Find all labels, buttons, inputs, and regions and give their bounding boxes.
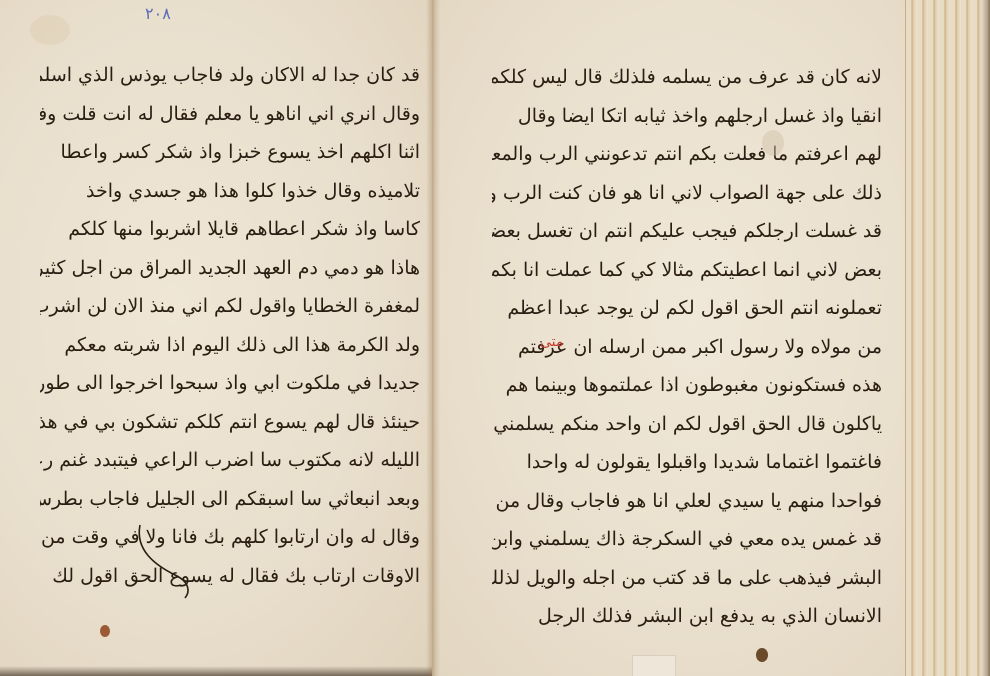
text-line: حينئذ قال لهم يسوع انتم كلكم تشكون بي في… — [40, 403, 420, 442]
text-line: الاوقات ارتاب بك فقال له يسوع الحق اقول … — [40, 557, 420, 596]
text-line: كاسا واذ شكر اعطاهم قايلا اشربوا منها كل… — [40, 210, 420, 249]
spine-gutter — [426, 0, 440, 676]
insect-mark — [756, 648, 768, 662]
page-edges-stack — [905, 0, 990, 676]
text-line: هاذا هو دمي دم العهد الجديد المراق من اج… — [40, 249, 420, 288]
text-line: هذه فستكونون مغبوطون اذا عملتموها وبينما… — [492, 366, 882, 405]
text-line: جديدا في ملكوت ابي واذ سبحوا اخرجوا الى … — [40, 364, 420, 403]
text-line: ذلك على جهة الصواب لاني انا هو فان كنت ا… — [492, 174, 882, 213]
left-page: ٢٠٨ قد كان جدا له الاكان ولد فاجاب يوذس … — [0, 0, 432, 676]
text-line: فاغتموا اغتماما شديدا واقبلوا يقولون له … — [492, 443, 882, 482]
text-line: لمغفرة الخطايا واقول لكم اني منذ الان لن… — [40, 287, 420, 326]
paper-stain — [100, 625, 110, 637]
text-line: انقيا واذ غسل ارجلهم واخذ ثيابه اتكا ايض… — [492, 97, 882, 136]
page-bottom-edge — [0, 666, 432, 676]
manuscript-spread: ٢٠٨ قد كان جدا له الاكان ولد فاجاب يوذس … — [0, 0, 990, 676]
text-line: وقال له وان ارتابوا كلهم بك فانا ولا في … — [40, 518, 420, 557]
text-line: البشر فيذهب على ما قد كتب من اجله والويل… — [492, 559, 882, 598]
text-line: بعض لاني انما اعطيتكم مثالا كي كما عملت … — [492, 251, 882, 290]
text-line: قد كان جدا له الاكان ولد فاجاب يوذس الذي… — [40, 56, 420, 95]
text-line: الانسان الذي به يدفع ابن البشر فذلك الرج… — [492, 597, 882, 636]
page-tab — [632, 655, 676, 676]
text-line: فواحدا منهم يا سيدي لعلي انا هو فاجاب وق… — [492, 482, 882, 521]
calligraphic-flourish — [135, 520, 195, 600]
text-line: تعملونه انتم الحق اقول لكم لن يوجد عبدا … — [492, 289, 882, 328]
text-line: لهم اعرفتم ما فعلت بكم انتم تدعونني الرب… — [492, 135, 882, 174]
text-line: وقال انري اني اناهو يا معلم فقال له انت … — [40, 95, 420, 134]
folio-number: ٢٠٨ — [145, 4, 171, 23]
text-line: تلاميذه وقال خذوا كلوا هذا هو جسدي واخذ — [40, 172, 420, 211]
text-line: لانه كان قد عرف من يسلمه فلذلك قال ليس ك… — [492, 58, 882, 97]
text-line: اثنا اكلهم اخذ يسوع خبزا واذ شكر كسر واع… — [40, 133, 420, 172]
text-line: قد غمس يده معي في السكرجة ذاك يسلمني واب… — [492, 520, 882, 559]
text-line: ياكلون قال الحق اقول لكم ان واحد منكم يس… — [492, 405, 882, 444]
red-marginal-correction: متى — [540, 334, 563, 350]
text-line: قد غسلت ارجلكم فيجب عليكم انتم ان تغسل ب… — [492, 212, 882, 251]
text-line: ولد الكرمة هذا الى ذلك اليوم اذا شربته م… — [40, 326, 420, 365]
left-page-text: قد كان جدا له الاكان ولد فاجاب يوذس الذي… — [40, 56, 420, 595]
right-page: لانه كان قد عرف من يسلمه فلذلك قال ليس ك… — [432, 0, 912, 676]
paper-stain — [30, 15, 70, 45]
text-line: الليله لانه مكتوب سا اضرب الراعي فيتبدد … — [40, 441, 420, 480]
text-line: وبعد انبعاثي سا اسبقكم الى الجليل فاجاب … — [40, 480, 420, 519]
paper-stain — [762, 130, 784, 156]
